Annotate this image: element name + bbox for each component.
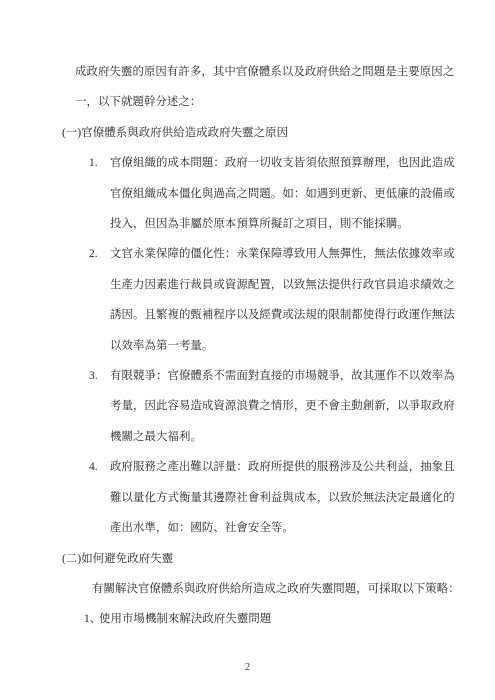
text-line: 1、使用市場機制來解決政府失靈問題	[84, 604, 495, 634]
item-number: 2.	[89, 239, 110, 269]
text-line: 有關解決官僚體系與政府供給所造成之政府失靈問題，可採取以下策略：	[92, 574, 495, 604]
text-line: 投入，但因為非屬於原本預算所擬訂之項目，則不能採購。	[110, 209, 495, 239]
text-line: 一，以下就題幹分述之：	[75, 87, 495, 117]
item-number: 1、	[84, 604, 99, 634]
text-line: 考量，因此容易造成資源浪費之情形，更不會主動創新，以爭取政府	[110, 391, 495, 421]
text-line: 2.文官永業保障的僵化性：永業保障導致用人無彈性，無法依據效率或	[89, 239, 495, 269]
page-number: 2	[0, 662, 495, 673]
item-number: 4.	[89, 452, 110, 482]
text-line: 誘因。且繁複的甄補程序以及經費或法規的限制都使得行政運作無法	[110, 300, 495, 330]
text-line: 產出水準，如：國防、社會安全等。	[110, 513, 495, 543]
document-lines: 成政府失靈的原因有許多，其中官僚體系以及政府供給之問題是主要原因之一，以下就題幹…	[0, 57, 495, 635]
item-text: 有限競爭：官僚體系不需面對直接的市場競爭，故其運作不以效率為	[110, 370, 455, 382]
text-line: 以效率為第一考量。	[110, 331, 495, 361]
item-number: 3.	[89, 361, 110, 391]
item-text: 文官永業保障的僵化性：永業保障導致用人無彈性，無法依據效率或	[110, 248, 455, 260]
text-line: 4.政府服務之產出難以評量：政府所提供的服務涉及公共利益，抽象且	[89, 452, 495, 482]
text-line: (一)官僚體系與政府供給造成政府失靈之原因	[62, 118, 495, 148]
text-line: 生產力因素進行裁員或資源配置，以致無法提供行政官員追求績效之	[110, 270, 495, 300]
item-number: 1.	[89, 148, 110, 178]
text-line: 難以量化方式衡量其邊際社會利益與成本，以致於無法決定最適化的	[110, 483, 495, 513]
text-line: 1.官僚組織的成本問題：政府一切收支皆須依照預算辦理，也因此造成	[89, 148, 495, 178]
text-line: 官僚組織成本僵化與過高之問題。如：如遇到更新、更低廉的設備或	[110, 179, 495, 209]
document-page: 成政府失靈的原因有許多，其中官僚體系以及政府供給之問題是主要原因之一，以下就題幹…	[0, 0, 495, 700]
text-line: 機關之最大福利。	[110, 422, 495, 452]
item-text: 官僚組織的成本問題：政府一切收支皆須依照預算辦理，也因此造成	[110, 157, 455, 169]
item-text: 使用市場機制來解決政府失靈問題	[99, 613, 271, 625]
text-line: 成政府失靈的原因有許多，其中官僚體系以及政府供給之問題是主要原因之	[75, 57, 495, 87]
item-text: 政府服務之產出難以評量：政府所提供的服務涉及公共利益，抽象且	[110, 461, 455, 473]
text-line: 3.有限競爭：官僚體系不需面對直接的市場競爭，故其運作不以效率為	[89, 361, 495, 391]
text-line: (二)如何避免政府失靈	[62, 544, 495, 574]
